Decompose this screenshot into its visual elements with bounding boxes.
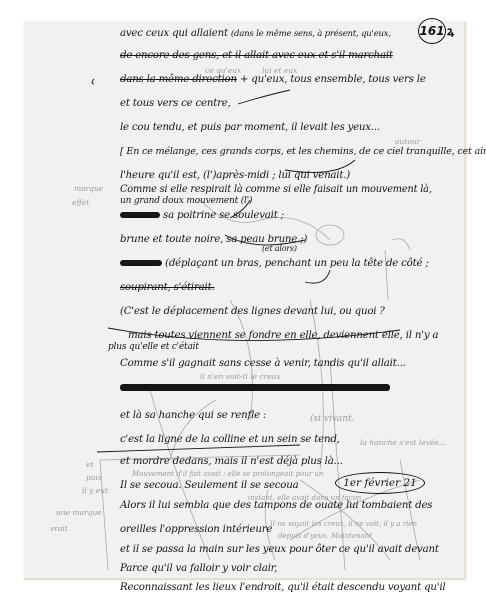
manuscript-line-12: (déplaçant un bras, penchant un peu la t… — [120, 258, 429, 269]
manuscript-line-24: oreilles l'oppression intérieure — [120, 524, 272, 535]
ink-blot-deletion — [120, 260, 162, 266]
manuscript-line-4: et tous vers ce centre, — [120, 98, 231, 109]
pencil-note-vivant: (si vivant. — [310, 414, 355, 424]
manuscript-line-15: mais toutes viennent se fondre en elle, … — [128, 330, 438, 341]
line-struck: dans la même direction — [120, 74, 237, 85]
manuscript-line-22: Il se secoua. Seulement il se secoua — [120, 480, 298, 491]
pencil-note-yeux-lower: depuis d'yeux. Maintenant — [278, 532, 372, 540]
manuscript-line-26: Parce qu'il va falloir y voir clair, — [120, 563, 277, 574]
manuscript-line-19: et là sa hanche qui se renfle : — [120, 410, 266, 421]
manuscript-line-16: plus qu'elle et c'était — [108, 342, 199, 352]
pencil-margin-marque: marque — [74, 184, 103, 193]
manuscript-line-13: soupirant, s'étirait. — [120, 282, 215, 293]
manuscript-line-17: Comme s'il gagnait sans cesse à venir, t… — [120, 358, 406, 369]
manuscript-line-10: sa poitrine se soulevait ; — [120, 210, 284, 221]
pencil-note-autour: autour — [395, 137, 420, 146]
manuscript-line-23: Alors il lui sembla que des tampons de o… — [120, 500, 432, 511]
page-mark-glyph: ꝝ — [447, 22, 454, 39]
manuscript-line-20: c'est la ligne de la colline et un sein … — [120, 434, 340, 445]
manuscript-line-27: Reconnaissant les lieux l'endroit, qu'il… — [120, 582, 446, 593]
pencil-margin-vrait: vrait — [50, 524, 68, 533]
pencil-note-creux-lower: Il ne voyait les creux, il ne voit, il y… — [270, 520, 417, 528]
page-number: 161 — [419, 24, 444, 38]
pencil-note-creux: il n'en voit-ti le creux — [200, 372, 281, 381]
pencil-margin-une-marque: une marque — [56, 508, 102, 517]
pencil-note-mouvement: Mouvement d'il fait avait : elle se prol… — [132, 470, 323, 478]
manuscript-line-18 — [120, 382, 390, 393]
line-12-insert: (et alors) — [262, 244, 297, 253]
manuscript-line-21: et mordre dedans, mais il n'est déjà plu… — [120, 456, 343, 467]
manuscript-line-25: et il se passa la main sur les yeux pour… — [120, 544, 439, 555]
manuscript-line-2: de encore des gens, et il allait avec eu… — [120, 50, 393, 61]
manuscript-line-14: (C'est le déplacement des lignes devant … — [120, 306, 385, 317]
pencil-margin-puis: puis — [86, 473, 102, 482]
manuscript-line-8: Comme si elle respirait là comme si elle… — [120, 184, 432, 195]
date-annotation-oval: 1er février 21 — [335, 472, 425, 494]
line-text: + qu'eux, tous ensemble, tous vers le — [240, 74, 426, 85]
line-text: avec ceux qui allaient — [120, 28, 228, 39]
manuscript-line-6: [ En ce mélange, ces grands corps, et le… — [120, 146, 486, 157]
line-text: sa poitrine se soulevait ; — [163, 210, 284, 221]
pencil-margin-et: et — [86, 460, 93, 469]
manuscript-line-9: un grand doux mouvement (l') — [120, 196, 252, 206]
manuscript-line-7: l'heure qu'il est, (l')après-midi ; lui … — [120, 170, 350, 181]
ink-blot-deletion — [120, 384, 390, 391]
pencil-margin-il-y-eut: il y eut — [82, 486, 108, 495]
manuscript-line-3: dans la même direction + qu'eux, tous en… — [120, 74, 426, 85]
ink-blot-deletion — [120, 212, 160, 218]
pencil-margin-effet: effet — [72, 198, 89, 207]
manuscript-line-1: avec ceux qui allaient (dans le même sen… — [120, 28, 391, 39]
date-annotation: 1er février 21 — [343, 477, 417, 489]
line-text: (déplaçant un bras, penchant un peu la t… — [165, 258, 429, 269]
pencil-note-hanche: la hanche s'est levée... — [360, 438, 446, 447]
manuscript-line-5: le cou tendu, et puis par moment, il lev… — [120, 122, 380, 133]
page-number-circled: 161 — [418, 18, 446, 44]
line-insert: (dans le même sens, à présent, qu'eux, — [231, 29, 391, 39]
